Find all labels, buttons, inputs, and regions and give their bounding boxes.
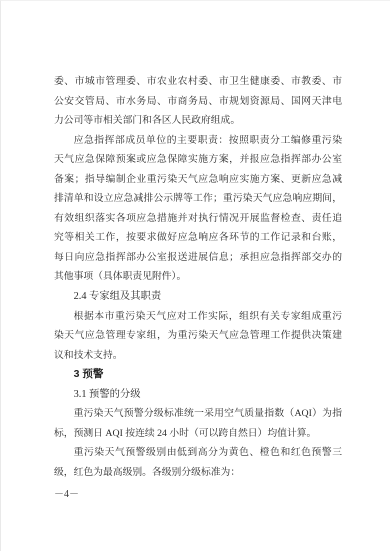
paragraph-line: 每日向应急指挥部办公室报送进展信息；承担应急指挥部交办的 <box>54 248 342 268</box>
paragraph-line: 排清单和设立应急减排公示牌等工作；重污染天气应急响应期间， <box>54 189 342 209</box>
paragraph-line: 应急指挥部成员单位的主要职责：按照职责分工编修重污染 <box>54 131 342 151</box>
paragraph-line: 备案；指导编制企业重污染天气应急响应实施方案、更新应急减 <box>54 170 342 190</box>
paragraph-line: 公安交管局、市水务局、市商务局、市规划资源局、国网天津电 <box>54 92 342 112</box>
paragraph-line: 重污染天气预警级别由低到高分为黄色、橙色和红色预警三 <box>54 443 342 463</box>
paragraph-line: 议和技术支持。 <box>54 346 342 366</box>
paragraph-line: 究等相关工作，按要求做好应急响应各环节的工作记录和台账， <box>54 228 342 248</box>
section-heading-2-4: 2.4 专家组及其职责 <box>54 287 342 307</box>
paragraph-line: 委、市城市管理委、市农业农村委、市卫生健康委、市教委、市 <box>54 72 342 92</box>
section-heading-3-1: 3.1 预警的分级 <box>54 385 342 405</box>
section-heading-3: 3 预警 <box>54 365 342 385</box>
paragraph-line: 级，红色为最高级别。各级别分级标准为： <box>54 463 342 483</box>
paragraph-line: 天气应急保障预案或应急保障实施方案，并报应急指挥部办公室 <box>54 150 342 170</box>
page-body-text: 委、市城市管理委、市农业农村委、市卫生健康委、市教委、市 公安交管局、市水务局、… <box>54 72 342 505</box>
document-page: 委、市城市管理委、市农业农村委、市卫生健康委、市教委、市 公安交管局、市水务局、… <box>0 0 390 551</box>
paragraph-line: 染天气应急管理专家组，为重污染天气应急管理工作提供决策建 <box>54 326 342 346</box>
paragraph-line: 有效组织落实各项应急措施并对执行情况开展监督检查、责任追 <box>54 209 342 229</box>
paragraph-line: 重污染天气预警分级标准统一采用空气质量指数（AQI）为指 <box>54 404 342 424</box>
paragraph-line: 力公司等市相关部门和各区人民政府组成。 <box>54 111 342 131</box>
paragraph-line: 标，预测日 AQI 按连续 24 小时（可以跨自然日）均值计算。 <box>54 424 342 444</box>
paragraph-line: 其他事项（具体职责见附件）。 <box>54 267 342 287</box>
page-number: －4－ <box>54 485 342 505</box>
paragraph-line: 根据本市重污染天气应对工作实际，组织有关专家组成重污 <box>54 307 342 327</box>
